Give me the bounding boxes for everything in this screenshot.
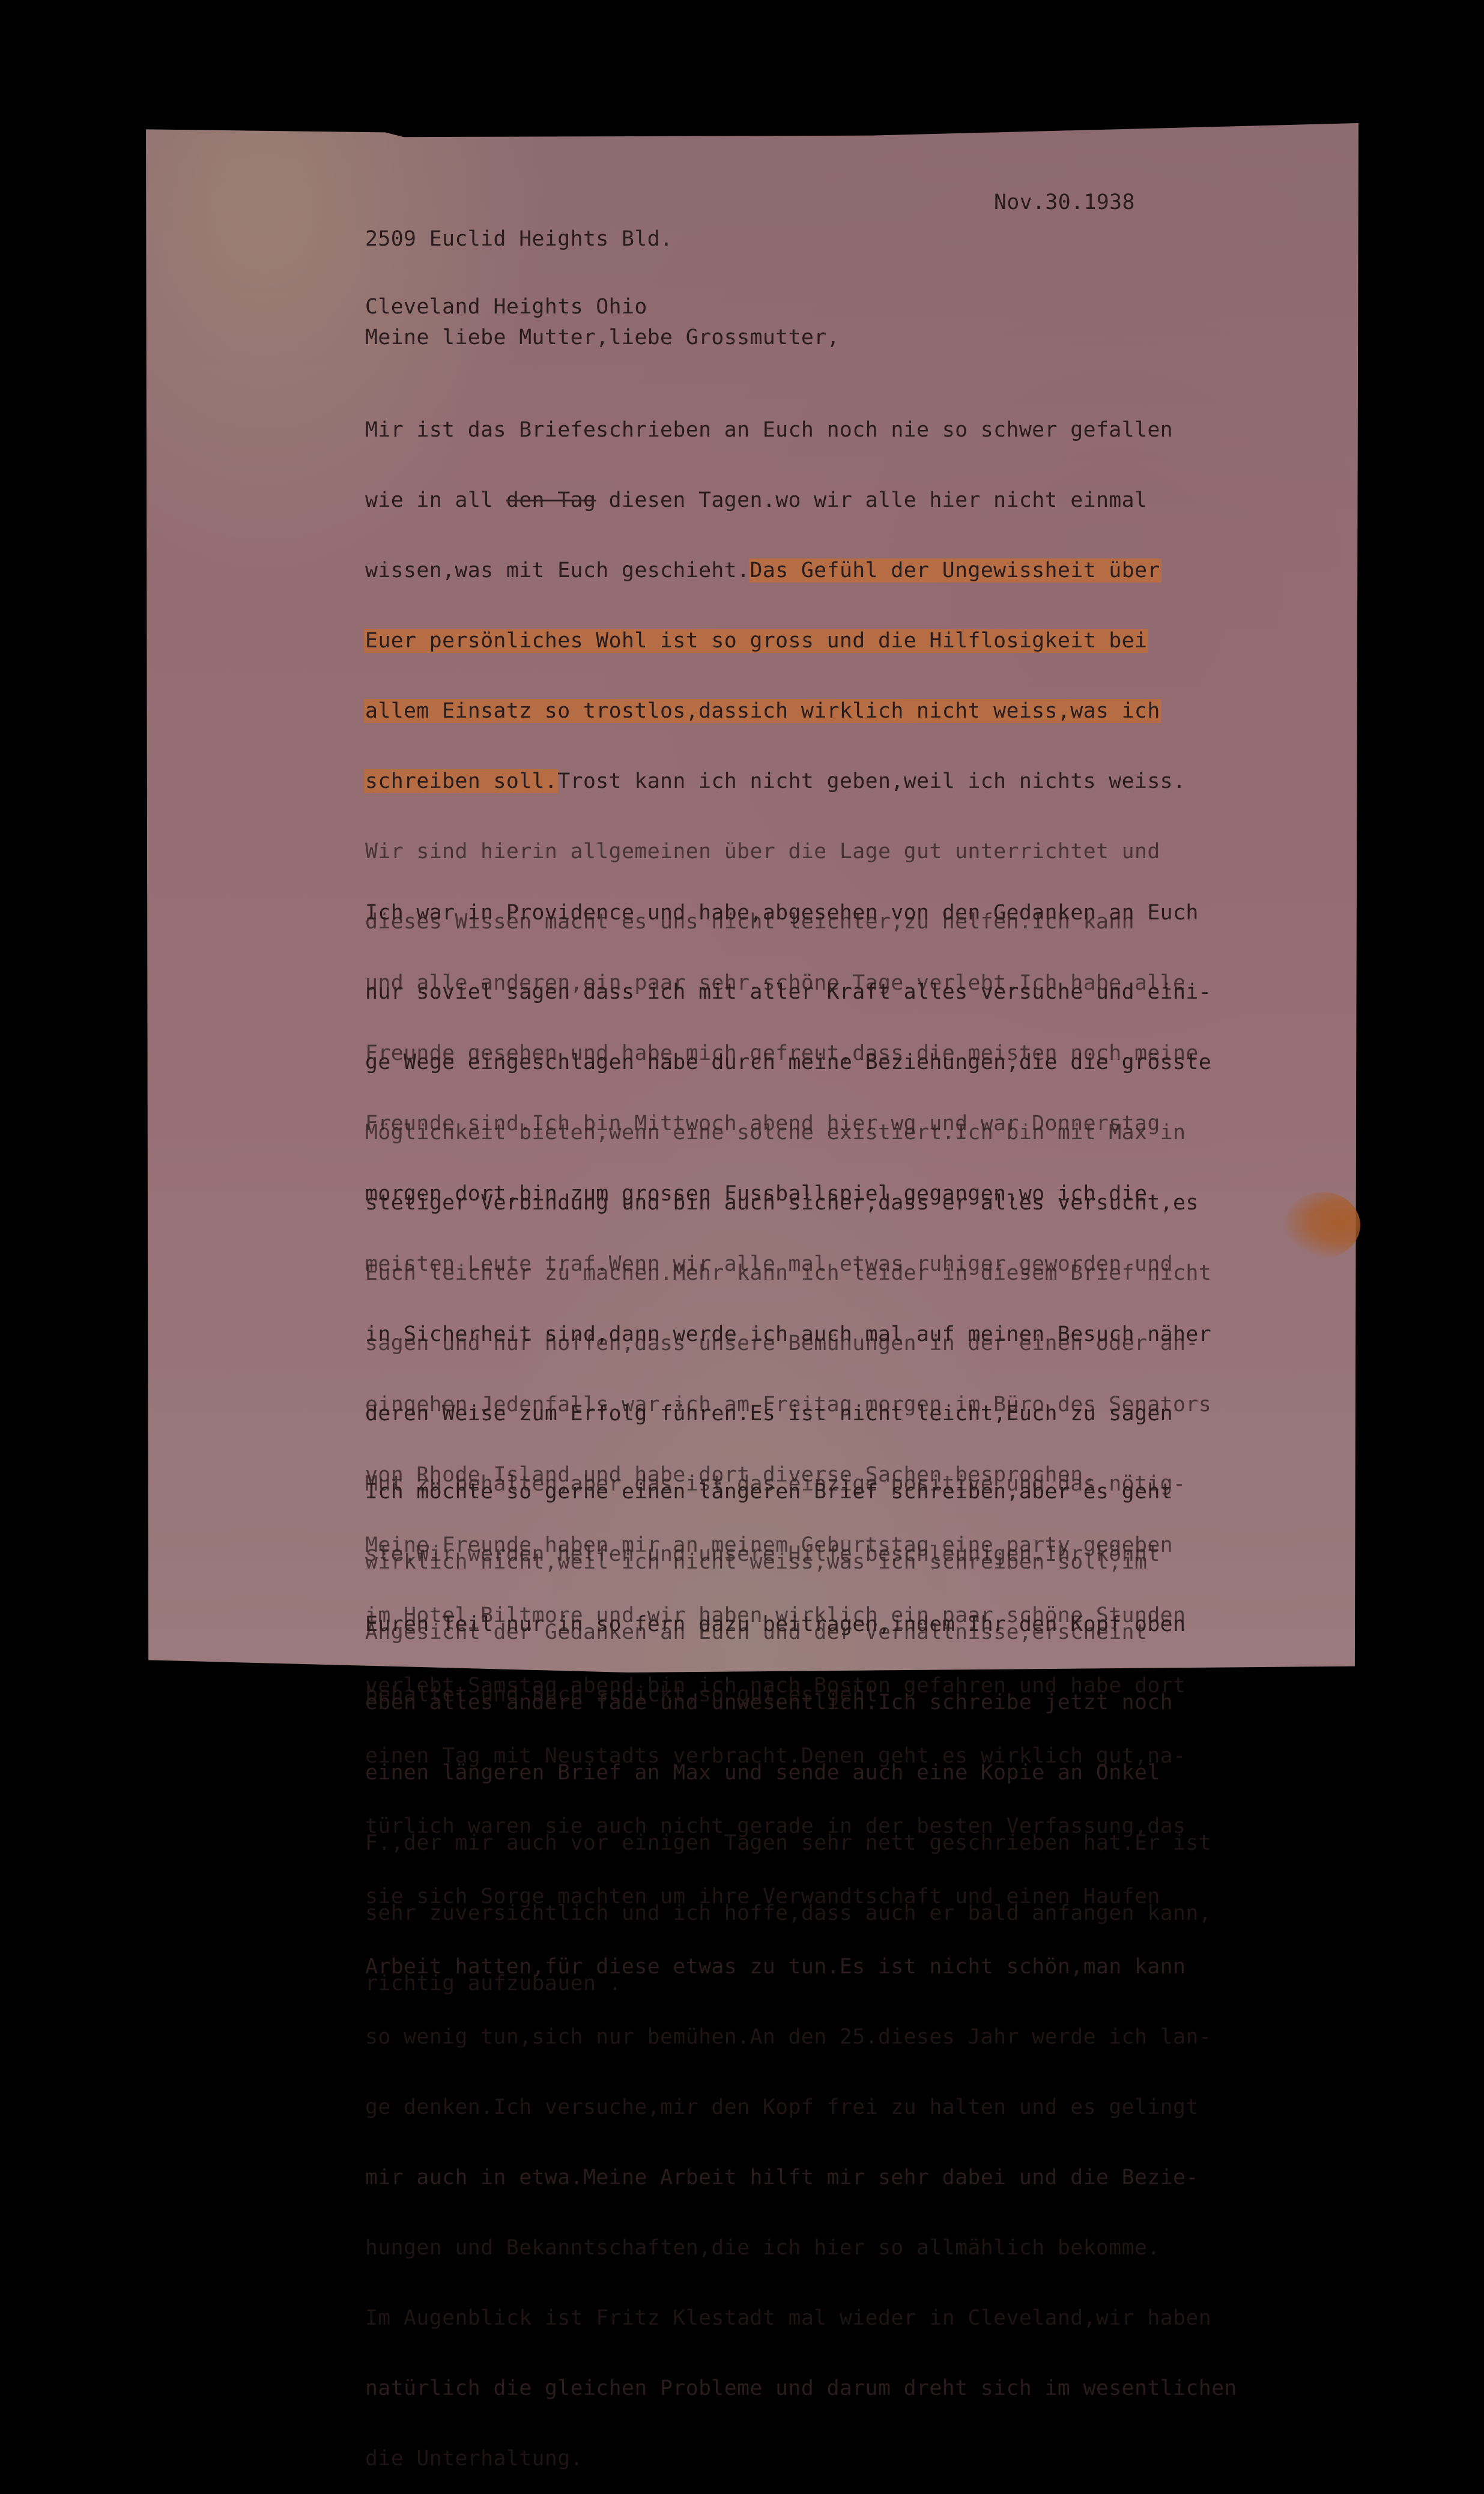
salutation: Meine liebe Mutter,liebe Grossmutter, (365, 326, 840, 350)
text-line: Angesicht der Gedanken an Euch und der V… (365, 1621, 1211, 1644)
struck-text: den Tag (506, 488, 596, 512)
text-line: wie in all den Tag diesen Tagen.wo wir a… (365, 489, 1211, 512)
text-line: in Sicherheit sind,dann werde ich auch m… (365, 1323, 1237, 1346)
text-line: und alle anderen,ein paar sehr schöne Ta… (365, 972, 1237, 995)
highlighted-text: Das Gefühl der Ungewissheit über (749, 558, 1161, 583)
text-line: meisten Leute traf.Wenn wir alle mal etw… (365, 1253, 1237, 1276)
address-line-1: 2509 Euclid Heights Bld. (365, 228, 673, 252)
text-line: Euer persönliches Wohl ist so gross und … (365, 629, 1211, 653)
text-line: morgen dort,bin zum grossen Fussballspie… (365, 1182, 1237, 1206)
text-line: schreiben soll.Trost kann ich nicht gebe… (365, 770, 1211, 793)
text-line: Ich möchte so gerne einen längeren Brief… (365, 1480, 1211, 1504)
highlighted-text: allem Einsatz so trostlos,dassich wirkli… (364, 699, 1161, 723)
text-fragment: Trost kann ich nicht geben,weil ich nich… (557, 769, 1186, 793)
text-line: eben alles andere fade und unwesentlich.… (365, 1691, 1211, 1715)
highlighted-text: Euer persönliches Wohl ist so gross und … (364, 629, 1148, 653)
text-line: wissen,was mit Euch geschieht.Das Gefühl… (365, 559, 1211, 583)
highlighted-text: schreiben soll. (364, 769, 559, 793)
text-fragment: wie in all (365, 488, 506, 512)
text-fragment: diesen Tagen.wo wir alle hier nicht einm… (596, 488, 1147, 512)
paragraph-3: Ich möchte so gerne einen längeren Brief… (365, 1433, 1211, 1829)
text-fragment: wissen,was mit Euch geschieht. (365, 558, 750, 583)
sender-address: 2509 Euclid Heights Bld. Cleveland Heigh… (365, 184, 673, 342)
paper-stain (1285, 1192, 1360, 1258)
text-line: Ich war in Providence und habe,abgesehen… (365, 901, 1237, 925)
text-line: wirklich nicht,weil ich nicht weiss,was … (365, 1551, 1211, 1574)
text-line: Freunde gesehen und habe mich gefreut,da… (365, 1042, 1237, 1065)
letter-date: Nov.30.1938 (994, 191, 1135, 214)
address-line-2: Cleveland Heights Ohio (365, 296, 673, 319)
text-line: einen längeren Brief an Max und sende au… (365, 1761, 1211, 1785)
text-line: allem Einsatz so trostlos,dassich wirkli… (365, 700, 1211, 723)
text-line: Freunde sind.Ich bin Mittwoch abend hier… (365, 1112, 1237, 1136)
text-line: Mir ist das Briefeschrieben an Euch noch… (365, 419, 1211, 442)
text-line: eingehen.Jedenfalls war ich am Freitag m… (365, 1393, 1237, 1417)
